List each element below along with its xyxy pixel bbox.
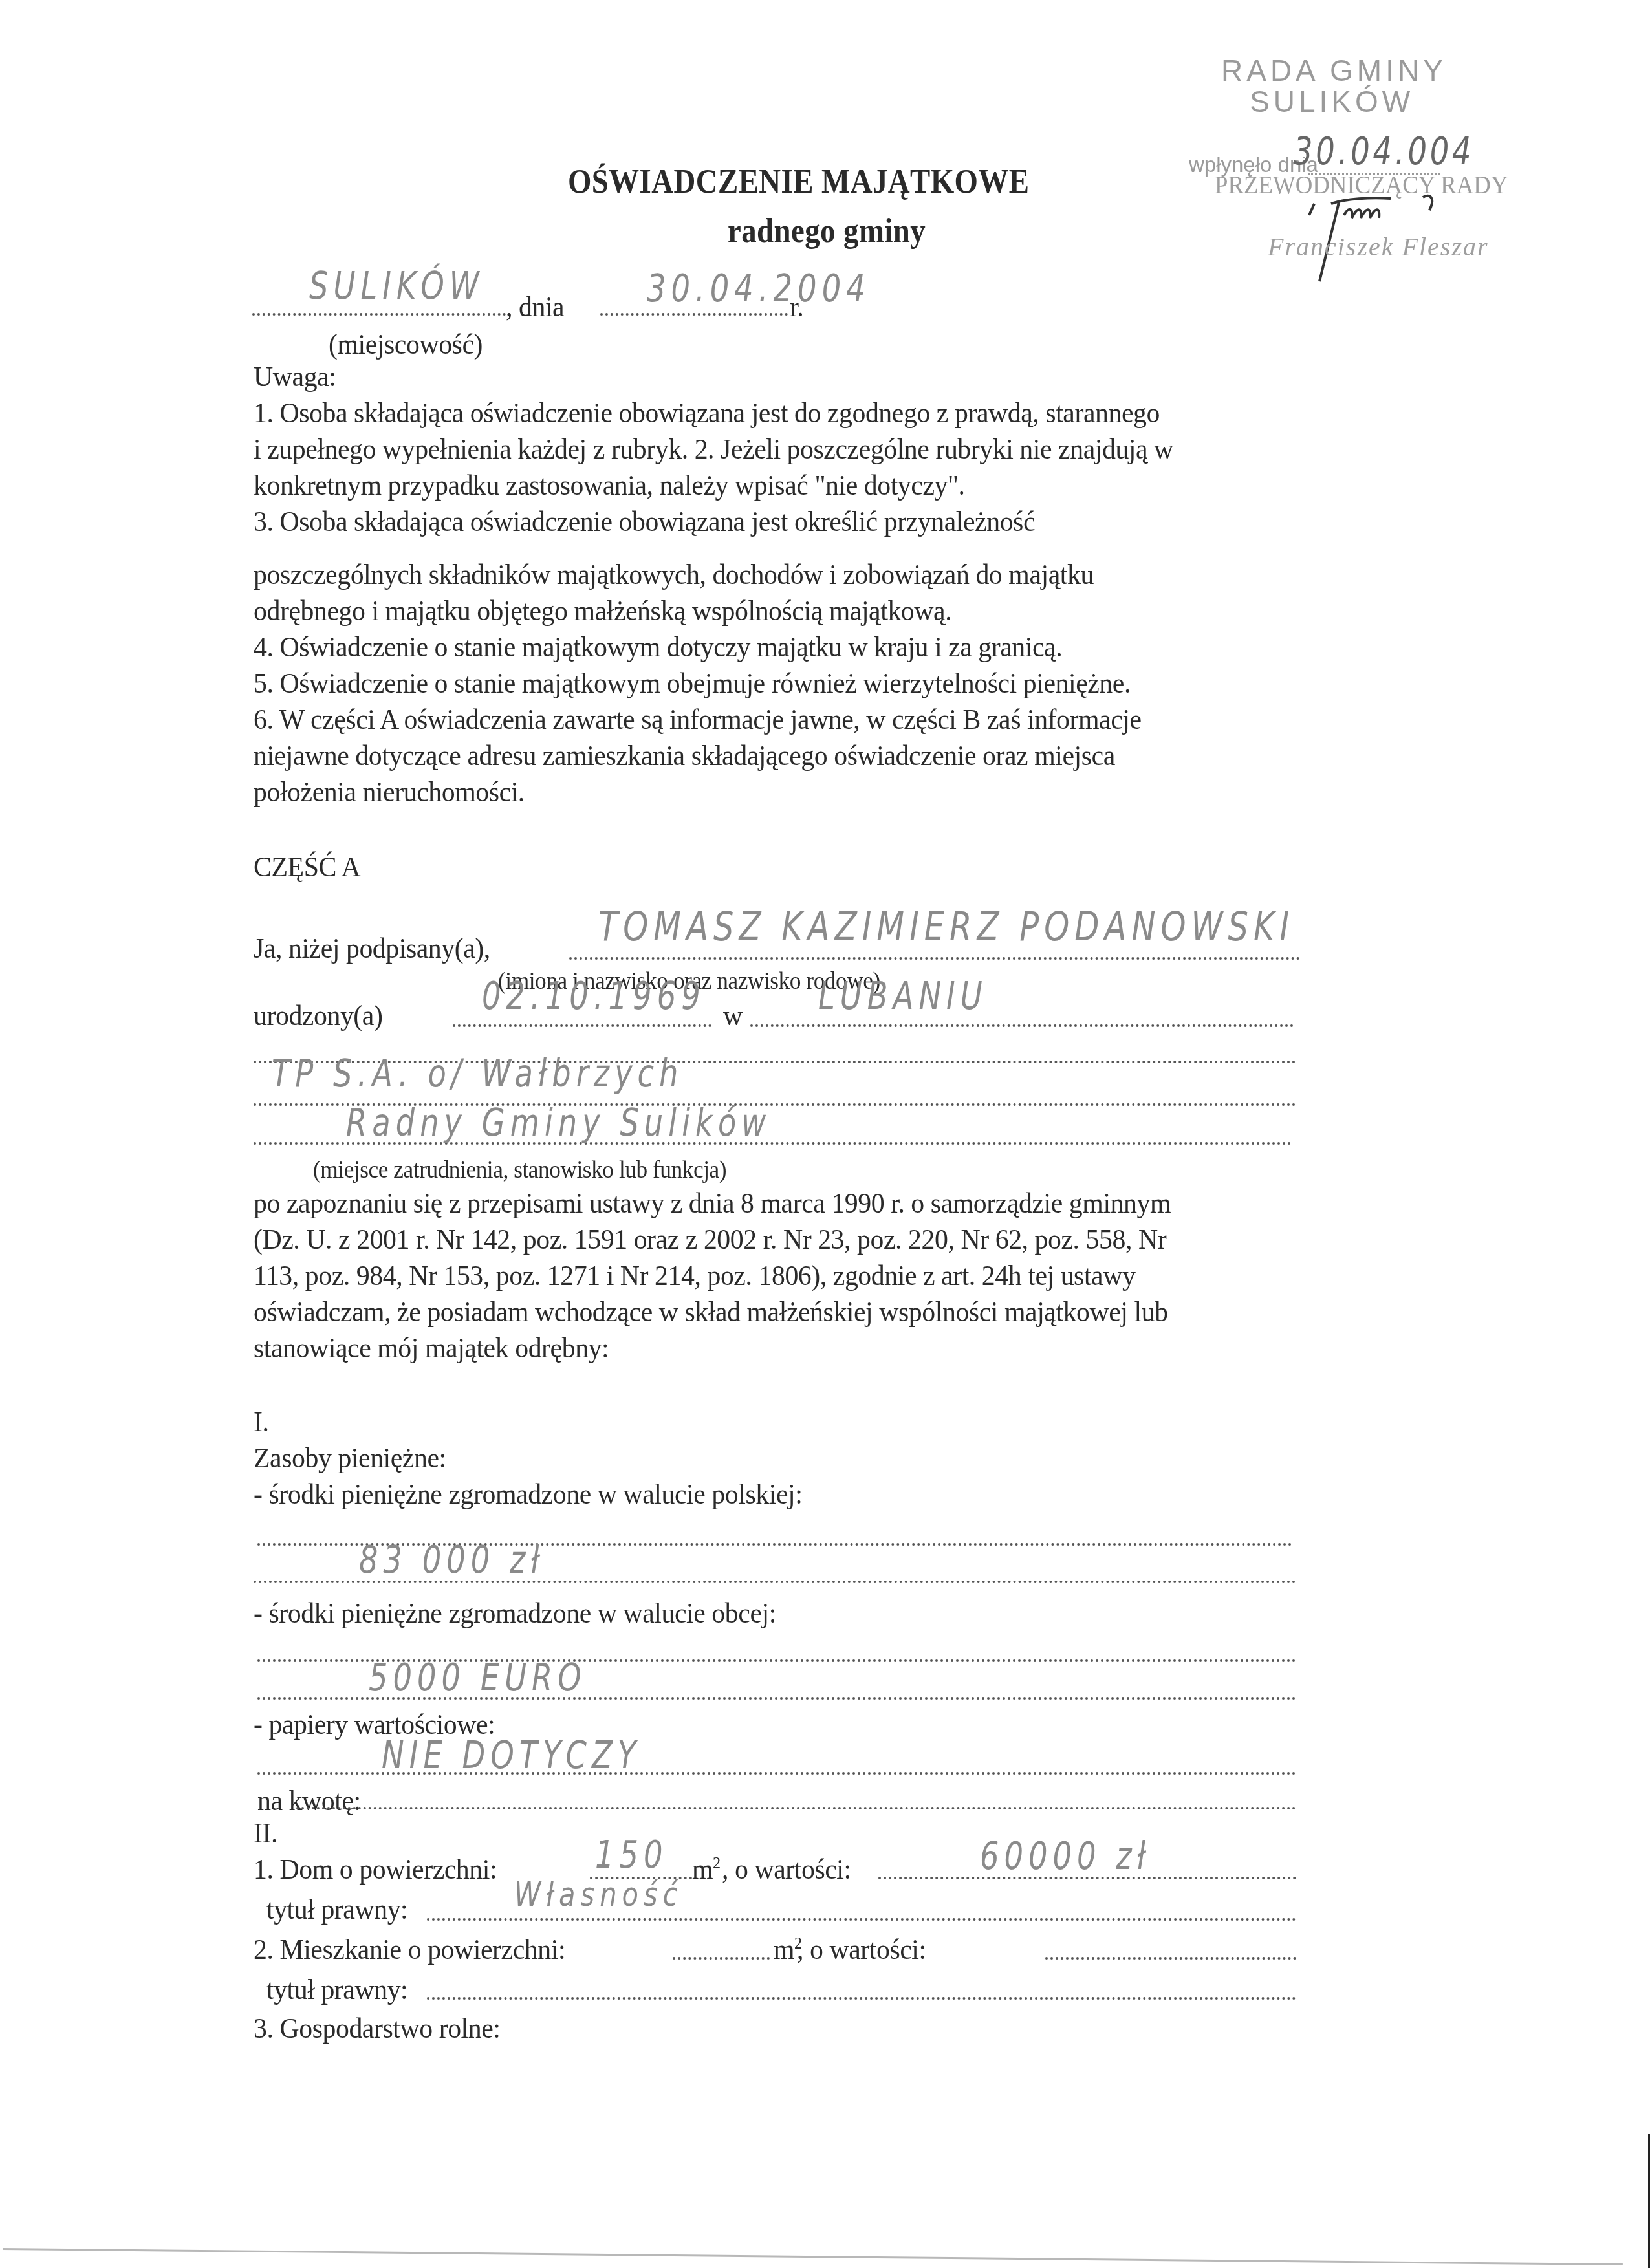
flat-label: 2. Mieszkanie o powierzchni: [254,1935,565,1964]
flat-value-label: , o wartości: [797,1935,926,1964]
stamp-municipality-line: SULIKÓW [1250,84,1414,119]
farm-label: 3. Gospodarstwo rolne: [254,2014,500,2043]
section-1-numeral: I. [254,1407,268,1436]
signed-label: Ja, niżej podpisany(a), [254,934,490,963]
birth-place-dots [750,1024,1294,1027]
name-field-dots [569,957,1300,960]
house-title-label: tytuł prawny: [266,1895,407,1924]
house-title-field[interactable]: Własność [514,1875,683,1914]
bottom-rule-divider [3,2248,1623,2265]
instruction-line: 5. Oświadczenie o stanie majątkowym obej… [254,669,1131,698]
stamp-council-line: RADA GMINY [1221,53,1447,88]
born-label: urodzony(a) [254,1001,382,1030]
house-label: 1. Dom o powierzchni: [254,1855,497,1884]
flat-value-dots [1045,1957,1296,1960]
declaration-line: 113, poz. 984, Nr 153, poz. 1271 i Nr 21… [254,1261,1135,1290]
securities-field[interactable]: NIE DOTYCZY [382,1733,641,1777]
declaration-line: oświadczam, że posiadam wchodzące w skła… [254,1297,1168,1326]
instruction-line: 4. Oświadczenie o stanie majątkowym doty… [254,632,1062,662]
instruction-line: niejawne dotyczące adresu zamieszkania s… [254,741,1115,770]
document-title: OŚWIADCZENIE MAJĄTKOWE [568,163,1029,201]
birth-place-field[interactable]: LUBANIU [818,974,988,1018]
part-a-heading: CZĘŚĆ A [254,852,360,881]
employment-caption: (miejsce zatrudnienia, stanowisko lub fu… [313,1158,726,1182]
unit-m: m [774,1933,794,1965]
foreign-label: - środki pieniężne zgromadzone w walucie… [254,1599,776,1628]
declaration-line: (Dz. U. z 2001 r. Nr 142, poz. 1591 oraz… [254,1225,1166,1254]
declaration-line: po zapoznaniu się z przepisami ustawy z … [254,1189,1171,1218]
place-field-dots [252,313,511,316]
year-suffix: r. [790,292,803,321]
amount-label: na kwotę: [257,1786,361,1815]
birth-date-dots [453,1024,711,1027]
dnia-label: , dnia [506,292,564,321]
flat-area-dots [673,1957,770,1960]
document-subtitle: radnego gminy [728,212,926,250]
instruction-line: położenia nieruchomości. [254,777,525,806]
instruction-line: 6. W części A oświadczenia zawarte są in… [254,705,1142,734]
employment-field-1[interactable]: TP S.A. o/ Wałbrzych [272,1052,684,1096]
house-unit: m2 [692,1855,721,1884]
birth-date-field[interactable]: 02.10.1969 [482,974,706,1018]
stamp-chair-name: Franciszek Fleszar [1268,232,1489,262]
in-label: w [723,1001,743,1030]
place-caption: (miejscowość) [329,330,483,359]
place-field[interactable]: SULIKÓW [309,264,484,308]
pln-field[interactable]: 83 000 zł [359,1538,545,1582]
stamp-received-date: 30.04.004 [1294,129,1474,173]
house-title-dots [427,1918,1296,1921]
instruction-line: poszczególnych składników majątkowych, d… [254,560,1094,589]
full-name-field[interactable]: TOMASZ KAZIMIERZ PODANOWSKI [598,903,1294,950]
instructions-heading: Uwaga: [254,362,336,391]
instruction-line: 3. Osoba składająca oświadczenie obowiąz… [254,507,1035,536]
house-value-label: , o wartości: [722,1855,851,1884]
date-field-dots [600,313,788,316]
house-value-field[interactable]: 60000 zł [980,1834,1151,1878]
instruction-line: 1. Osoba składająca oświadczenie obowiąz… [254,398,1160,427]
date-field[interactable]: 30.04.2004 [647,266,871,310]
unit-sup: 2 [713,1853,721,1872]
pln-label: - środki pieniężne zgromadzone w walucie… [254,1480,802,1509]
instruction-line: odrębnego i majątku objętego małżeńską w… [254,596,951,625]
flat-title-label: tytuł prawny: [266,1975,407,2004]
section-1-heading: Zasoby pieniężne: [254,1443,446,1473]
foreign-field[interactable]: 5000 EURO [369,1656,587,1700]
house-area-field[interactable]: 150 [595,1833,668,1877]
amount-dots [296,1807,1296,1809]
employment-field-2[interactable]: Radny Gminy Sulików [346,1101,771,1145]
section-2-numeral: II. [254,1819,277,1848]
flat-title-dots [427,1997,1296,2000]
unit-m: m [692,1853,713,1885]
declaration-line: stanowiące mój majątek odrębny: [254,1334,609,1363]
instruction-line: konkretnym przypadku zastosowania, należ… [254,471,965,500]
instruction-line: i zupełnego wypełnienia każdej z rubryk.… [254,435,1173,464]
